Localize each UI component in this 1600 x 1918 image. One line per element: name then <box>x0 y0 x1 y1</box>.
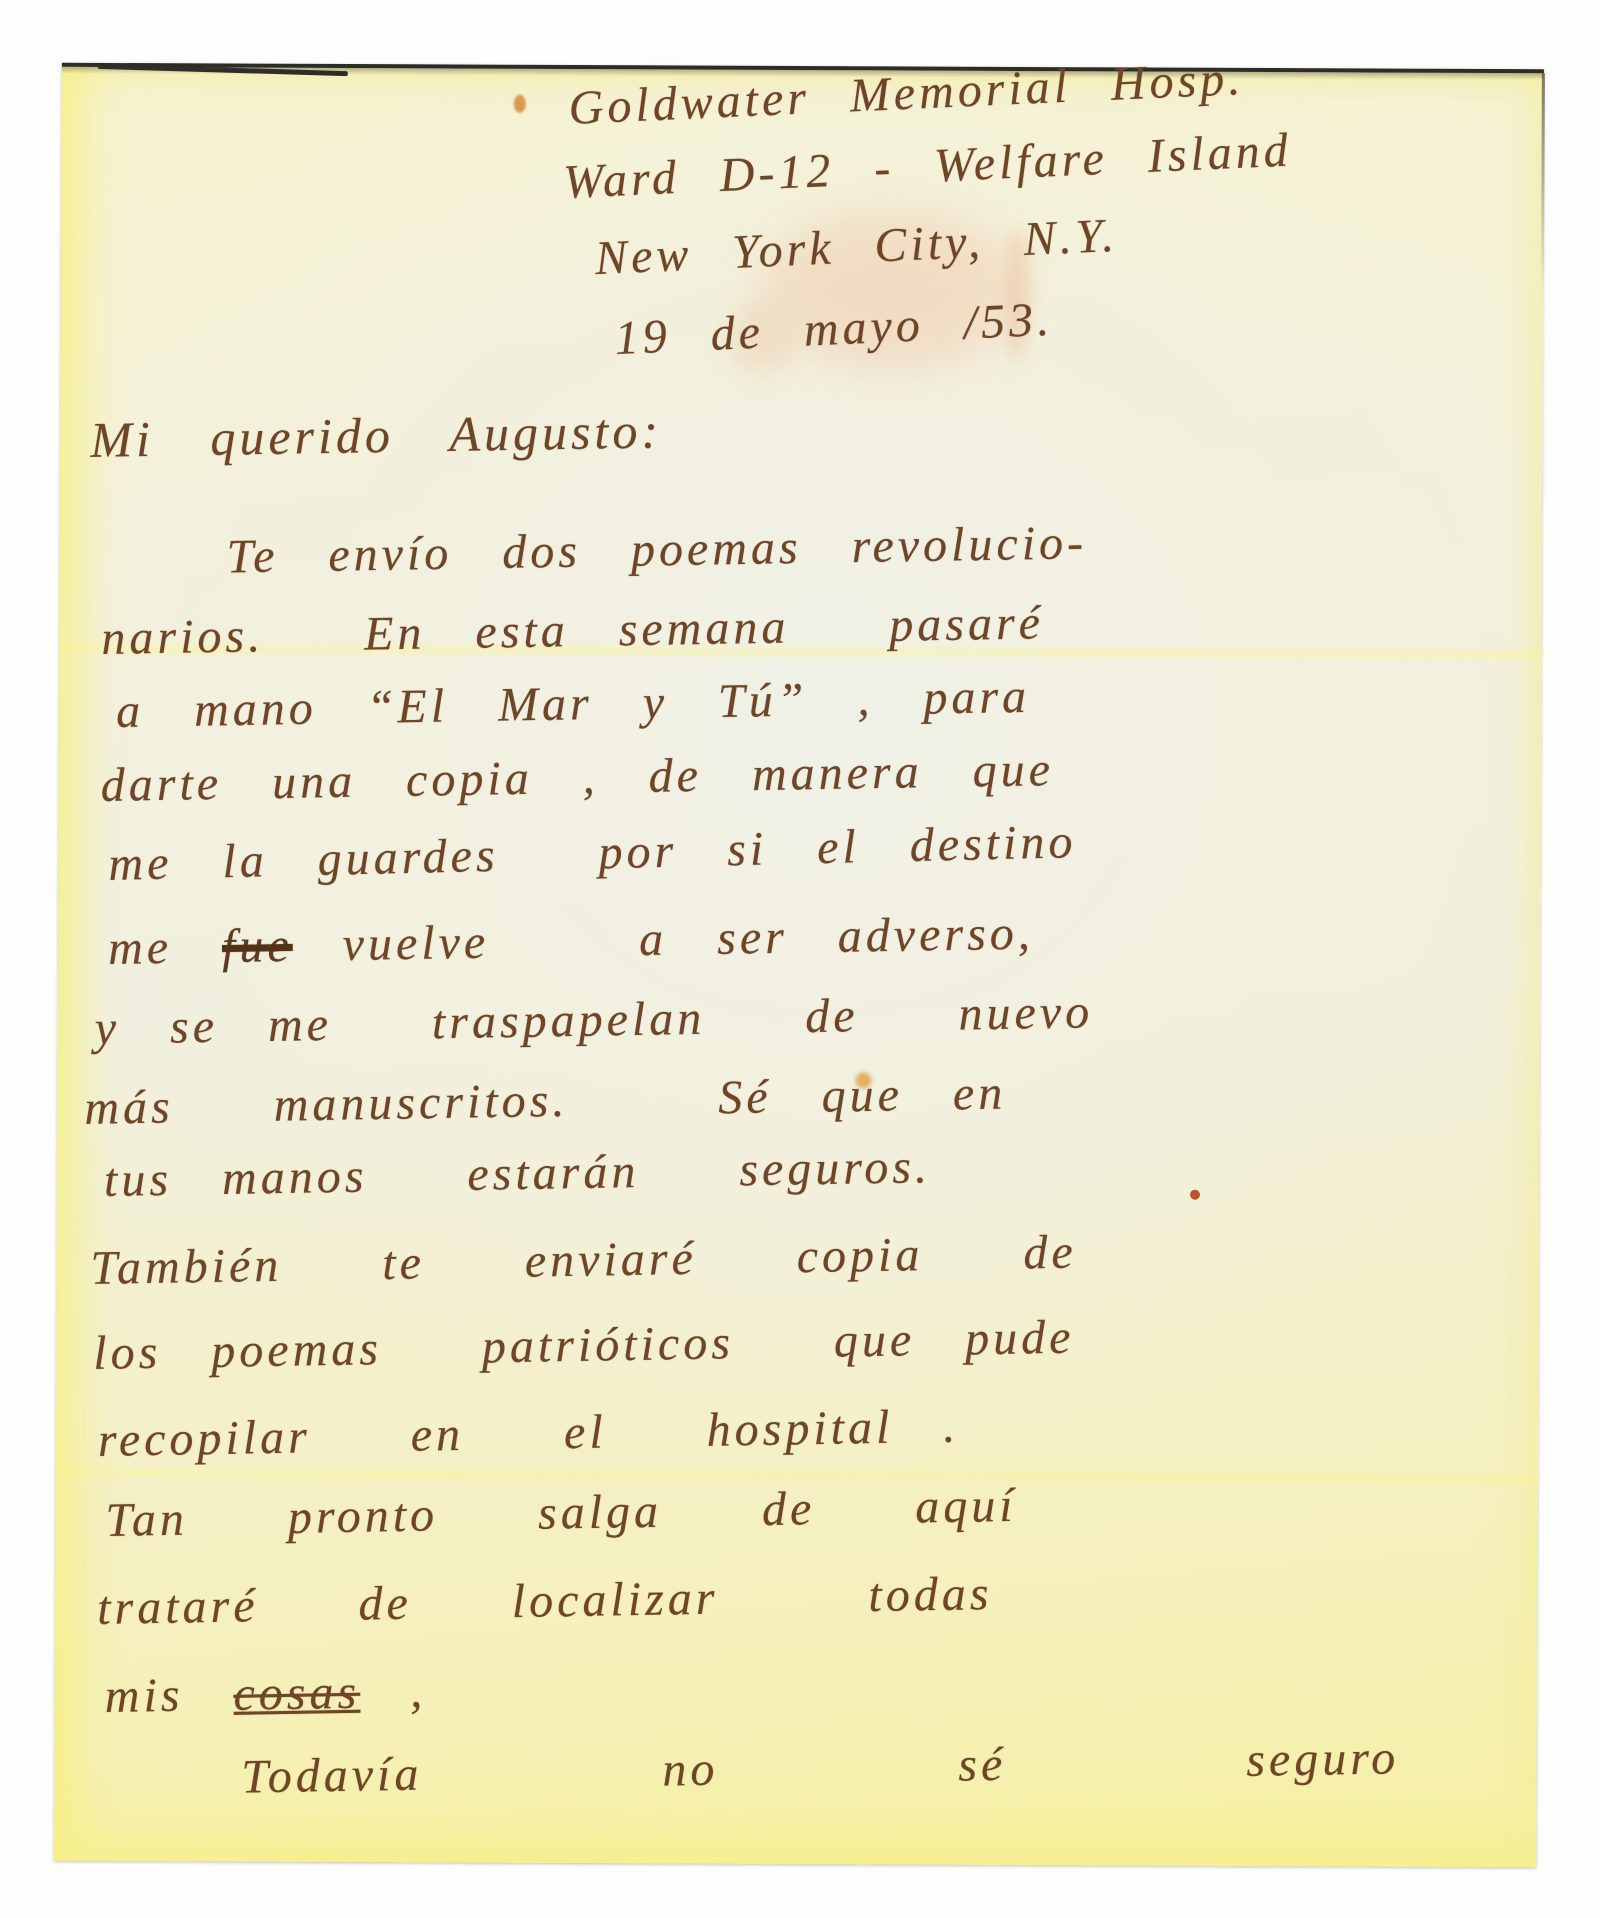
body-line-9: tus manos estarán seguros. <box>104 1139 932 1208</box>
body-line-16: Todavía no sé seguro <box>241 1730 1400 1804</box>
body-line-11: los poemas patrióticos que pude <box>93 1310 1075 1381</box>
body-line-6: me fue vuelve a ser adverso, <box>108 906 1035 976</box>
body-line-13: Tan pronto salga de aquí <box>105 1478 1017 1548</box>
salutation: Mi querido Augusto: <box>90 401 663 468</box>
struck-word-cosas: cosas <box>233 1666 361 1721</box>
letter-paper: Goldwater Memorial Hosp. Ward D-12 - Wel… <box>54 63 1544 1867</box>
body-line-7: y se me traspapelan de nuevo <box>94 984 1093 1056</box>
body-line-8: más manuscritos. Sé que en <box>84 1066 1007 1136</box>
body-line-15: mis cosas , <box>104 1664 426 1724</box>
paper-edge-right <box>1541 73 1545 288</box>
body-line-5: me la guardes por si el destino <box>108 814 1077 892</box>
header-line-hospital: Goldwater Memorial Hosp. <box>568 51 1246 136</box>
body-line-6-pre: me <box>108 920 223 975</box>
paper-crease <box>56 1469 1538 1482</box>
body-line-15-post: , <box>360 1665 427 1719</box>
body-line-3: a mano “El Mar y Tú” , para <box>116 669 1031 739</box>
strikethrough-word: fue <box>222 919 294 973</box>
body-line-10: También te enviaré copia de <box>90 1225 1077 1296</box>
body-line-14: trataré de localizar todas <box>97 1566 993 1636</box>
stain <box>514 95 526 113</box>
header-line-city: New York City, N.Y. <box>594 208 1119 286</box>
header-line-ward: Ward D-12 - Welfare Island <box>562 123 1293 210</box>
body-line-12: recopilar en el hospital . <box>97 1399 959 1468</box>
body-line-1: Te envío dos poemas revolucio- <box>226 515 1087 584</box>
body-line-4: darte una copia , de manera que <box>100 742 1054 813</box>
body-line-6-post: vuelve a ser adverso, <box>292 907 1034 972</box>
body-line-15-pre: mis <box>104 1668 234 1723</box>
scan-background: Goldwater Memorial Hosp. Ward D-12 - Wel… <box>0 0 1600 1918</box>
stain <box>1190 1190 1200 1200</box>
header-line-date: 19 de mayo /53. <box>614 292 1055 366</box>
